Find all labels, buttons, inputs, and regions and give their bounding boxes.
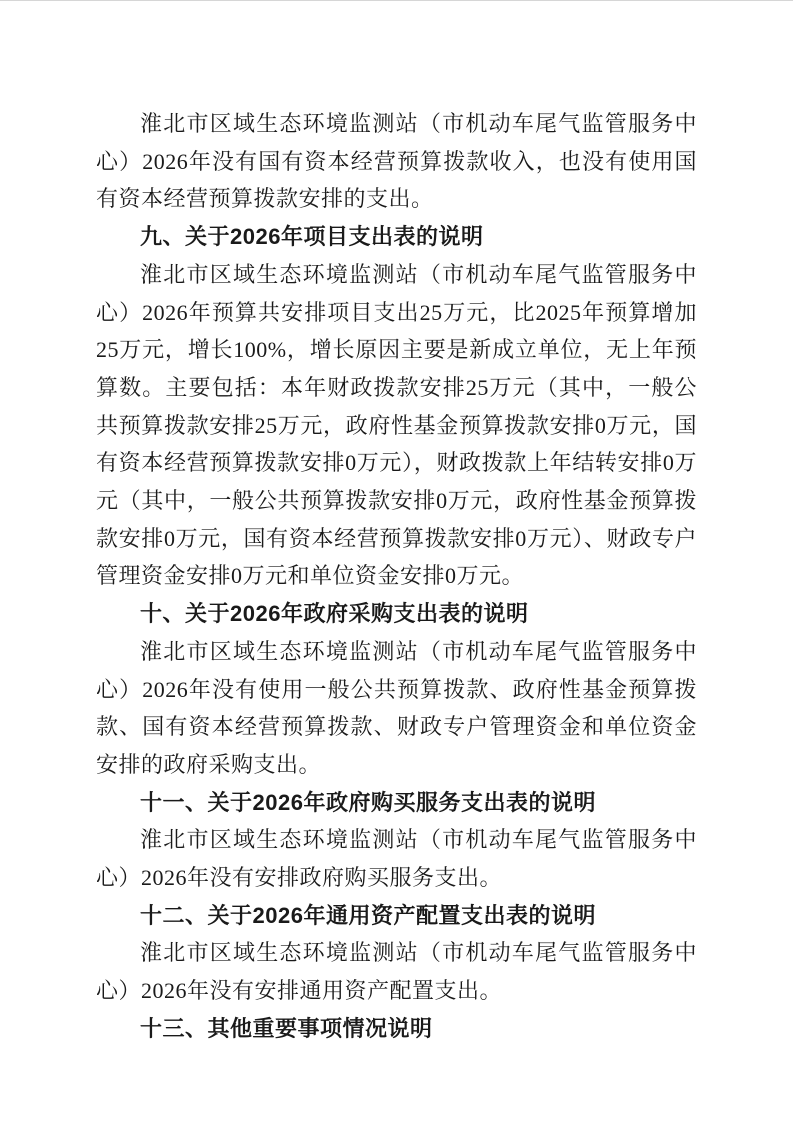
paragraph-project-expenditure-detail: 淮北市区域生态环境监测站（市机动车尾气监管服务中心）2026年预算共安排项目支出… (96, 256, 697, 595)
heading-section-10-government-procurement: 十、关于2026年政府采购支出表的说明 (96, 595, 697, 633)
paragraph-government-procurement-note: 淮北市区域生态环境监测站（市机动车尾气监管服务中心）2026年没有使用一般公共预… (96, 633, 697, 784)
paragraph-general-asset-allocation-note: 淮北市区域生态环境监测站（市机动车尾气监管服务中心）2026年没有安排通用资产配… (96, 934, 697, 1009)
document-content: 淮北市区域生态环境监测站（市机动车尾气监管服务中心）2026年没有国有资本经营预… (96, 105, 697, 1048)
heading-section-12-general-asset-allocation: 十二、关于2026年通用资产配置支出表的说明 (96, 897, 697, 935)
heading-section-9-project-expenditure: 九、关于2026年项目支出表的说明 (96, 218, 697, 256)
document-page: 淮北市区域生态环境监测站（市机动车尾气监管服务中心）2026年没有国有资本经营预… (0, 0, 793, 1122)
heading-section-13-other-important-matters: 十三、其他重要事项情况说明 (96, 1010, 697, 1048)
paragraph-state-capital-budget-note: 淮北市区域生态环境监测站（市机动车尾气监管服务中心）2026年没有国有资本经营预… (96, 105, 697, 218)
heading-section-11-purchased-services: 十一、关于2026年政府购买服务支出表的说明 (96, 784, 697, 822)
paragraph-purchased-services-note: 淮北市区域生态环境监测站（市机动车尾气监管服务中心）2026年没有安排政府购买服… (96, 821, 697, 896)
